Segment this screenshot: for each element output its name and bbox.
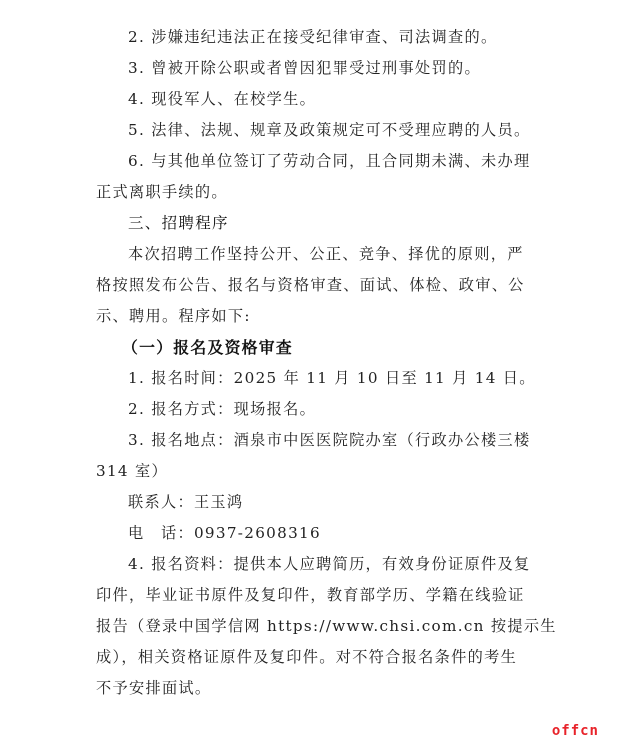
registration-materials-line-3: 报告（登录中国学信网 https://www.chsi.com.cn 按提示生: [96, 611, 528, 642]
contact-person: 联系人：王玉鸿: [96, 487, 528, 518]
item-5-legal: 5. 法律、法规、规章及政策规定可不受理应聘的人员。: [96, 115, 528, 146]
offcn-watermark: offcn: [552, 723, 599, 739]
item-3-criminal: 3. 曾被开除公职或者曾因犯罪受过刑事处罚的。: [96, 53, 528, 84]
item-6-contract-cont: 正式离职手续的。: [96, 177, 528, 208]
subheading-registration-review: （一）报名及资格审查: [96, 332, 528, 363]
registration-time: 1. 报名时间：2025 年 11 月 10 日至 11 月 14 日。: [96, 363, 528, 394]
section-heading-recruitment-procedure: 三、招聘程序: [96, 208, 528, 239]
item-6-contract: 6. 与其他单位签订了劳动合同，且合同期未满、未办理: [96, 146, 528, 177]
item-2-disciplinary: 2. 涉嫌违纪违法正在接受纪律审查、司法调查的。: [96, 22, 528, 53]
registration-location: 3. 报名地点：酒泉市中医医院院办室（行政办公楼三楼: [96, 425, 528, 456]
contact-phone: 电 话：0937-2608316: [96, 518, 528, 549]
registration-materials-line-1: 4. 报名资料：提供本人应聘简历，有效身份证原件及复: [96, 549, 528, 580]
document-page: 2. 涉嫌违纪违法正在接受纪律审查、司法调查的。 3. 曾被开除公职或者曾因犯罪…: [96, 22, 528, 704]
procedure-paragraph-line-3: 示、聘用。程序如下:: [96, 301, 528, 332]
procedure-paragraph-line-1: 本次招聘工作坚持公开、公正、竞争、择优的原则，严: [96, 239, 528, 270]
procedure-paragraph-line-2: 格按照发布公告、报名与资格审查、面试、体检、政审、公: [96, 270, 528, 301]
registration-location-cont: 314 室）: [96, 456, 528, 487]
registration-materials-line-2: 印件，毕业证书原件及复印件，教育部学历、学籍在线验证: [96, 580, 528, 611]
registration-materials-line-5: 不予安排面试。: [96, 673, 528, 704]
registration-method: 2. 报名方式：现场报名。: [96, 394, 528, 425]
registration-materials-line-4: 成），相关资格证原件及复印件。对不符合报名条件的考生: [96, 642, 528, 673]
item-4-military-student: 4. 现役军人、在校学生。: [96, 84, 528, 115]
